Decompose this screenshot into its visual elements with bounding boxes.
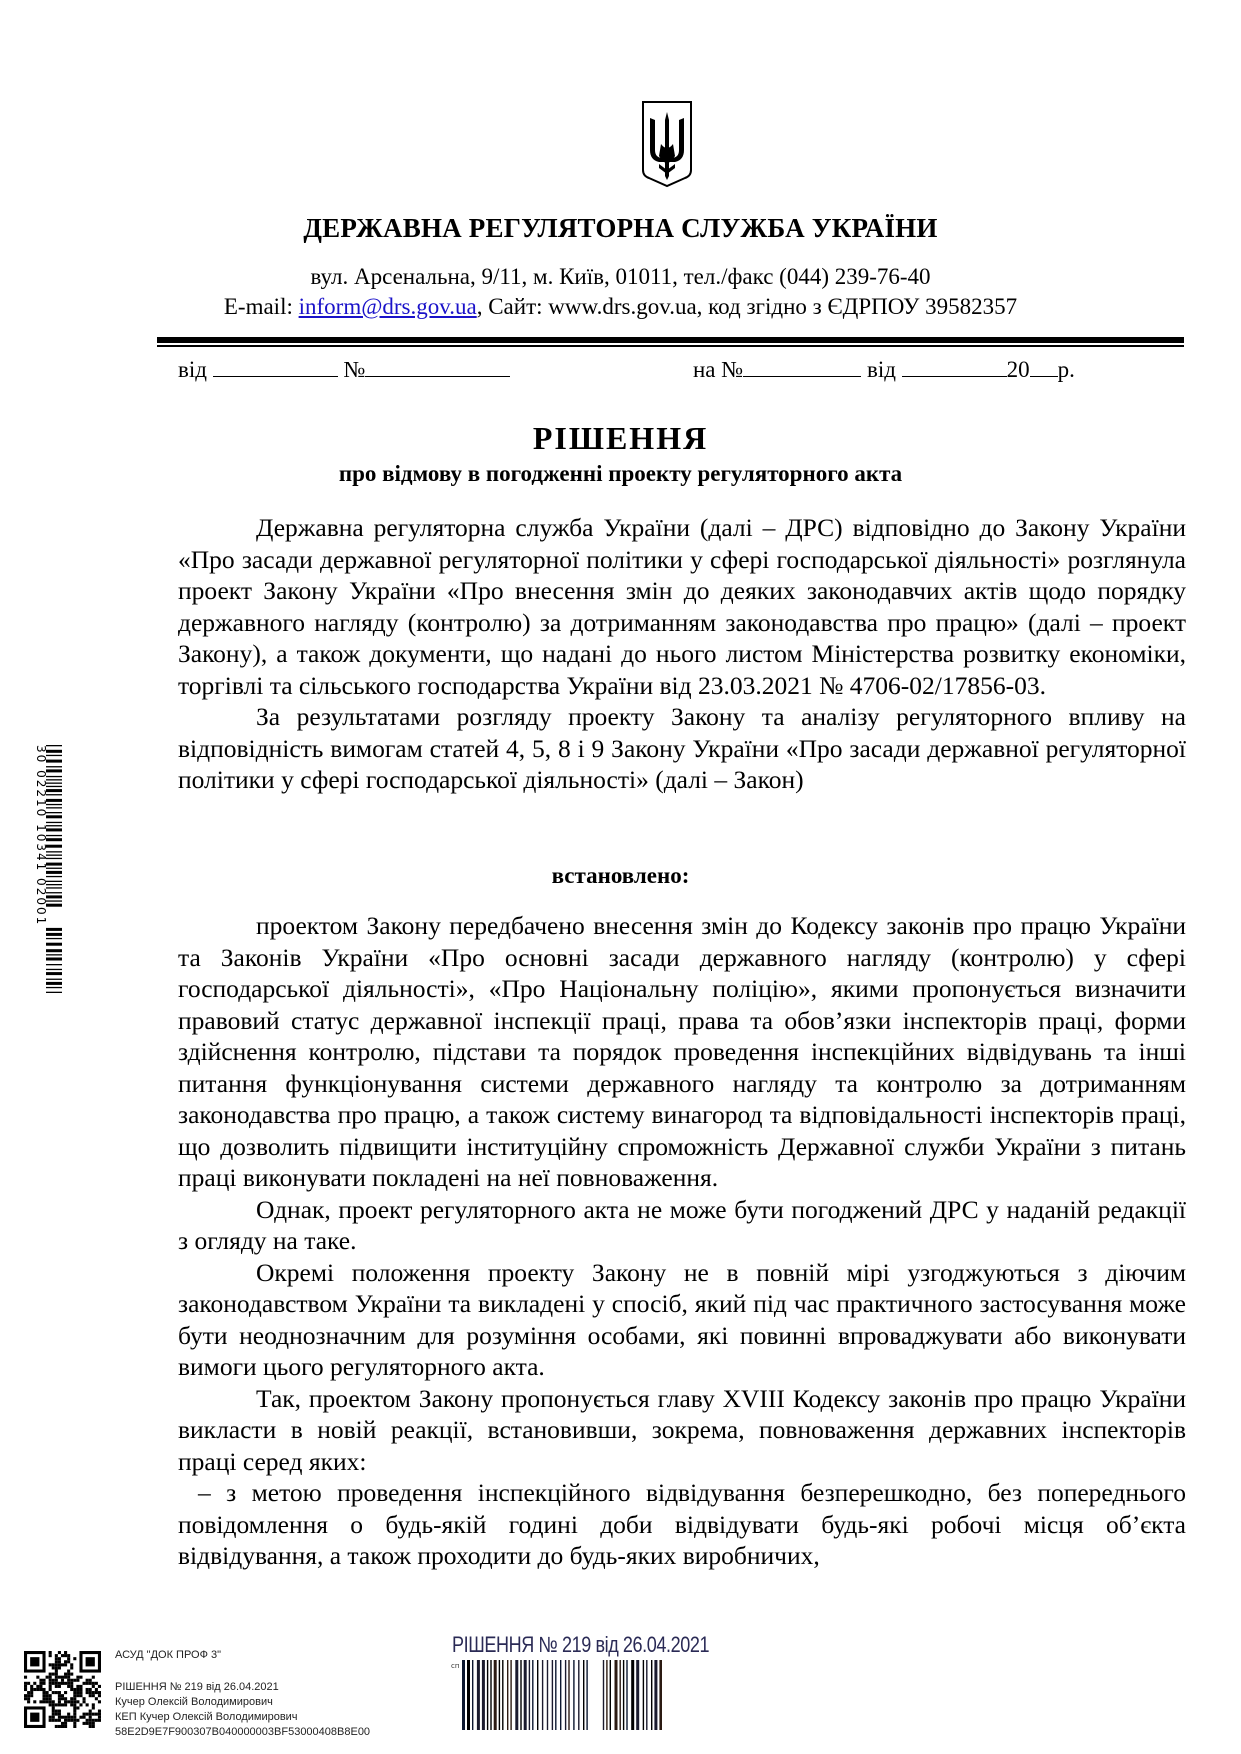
horizontal-barcode-icon [462,1660,662,1730]
established-heading: встановлено: [0,863,1241,889]
header-rule-thick [157,337,1184,343]
registration-reply: на № від 20р. [693,356,1075,383]
from-label: від [178,357,207,382]
year-blank [1030,356,1058,377]
number-label: № [343,357,365,382]
reply-number-blank [743,356,861,377]
finding-paragraph: Так, проектом Закону пропонується главу … [178,1383,1186,1478]
year-suffix: р. [1058,357,1075,382]
address-line: вул. Арсенальна, 9/11, м. Київ, 01011, т… [0,264,1241,290]
email-link[interactable]: inform@drs.gov.ua [299,294,477,319]
document-reference: РІШЕННЯ № 219 від 26.04.2021 [115,1680,370,1695]
reply-from-label: від [867,357,896,382]
document-subtitle: про відмову в погодженні проекту регулят… [0,461,1241,487]
date-blank [213,356,338,377]
certificate-id: 58E2D9E7F900307B040000003BF53000408B8E00 [115,1725,370,1740]
document-system-name: АСУД "ДОК ПРОФ 3" [115,1648,221,1663]
stamp-code: сп [451,1662,459,1670]
number-blank [365,356,510,377]
registration-outgoing: від № [178,356,510,383]
contact-line: E-mail: inform@drs.gov.ua, Сайт: www.drs… [0,294,1241,320]
dash-list-item: – з метою проведення інспекційного відві… [178,1477,1186,1572]
findings-section: проектом Закону передбачено внесення змі… [178,910,1186,1572]
registration-stamp-text: РІШЕННЯ № 219 від 26.04.2021 [452,1632,709,1658]
header-rule-thin [157,345,1184,347]
contact-suffix: , Сайт: www.drs.gov.ua, код згідно з ЄДР… [477,294,1017,319]
reply-to-label: на № [693,357,743,382]
vertical-barcode-icon [32,745,62,995]
finding-paragraph: проектом Закону передбачено внесення змі… [178,910,1186,1194]
intro-paragraph: Державна регуляторна служба України (дал… [178,512,1186,701]
document-title: РІШЕННЯ [0,420,1241,457]
reply-date-blank [902,356,1007,377]
intro-section: Державна регуляторна служба України (дал… [178,512,1186,796]
finding-paragraph: Окремі положення проекту Закону не в пов… [178,1257,1186,1383]
year-prefix: 20 [1007,357,1030,382]
email-label: E-mail: [224,294,299,319]
document-page: ДЕРЖАВНА РЕГУЛЯТОРНА СЛУЖБА УКРАЇНИ вул.… [0,0,1241,1754]
electronic-signature: КЕП Кучер Олексій Володимирович [115,1710,370,1725]
signer-name: Кучер Олексій Володимирович [115,1695,370,1710]
signature-block: РІШЕННЯ № 219 від 26.04.2021 Кучер Олекс… [115,1680,370,1740]
finding-paragraph: Однак, проект регуляторного акта не може… [178,1194,1186,1257]
organization-name: ДЕРЖАВНА РЕГУЛЯТОРНА СЛУЖБА УКРАЇНИ [0,213,1241,244]
ukraine-trident-emblem-icon [641,100,693,188]
intro-paragraph: За результатами розгляду проекту Закону … [178,701,1186,796]
qr-code-icon [24,1651,101,1728]
